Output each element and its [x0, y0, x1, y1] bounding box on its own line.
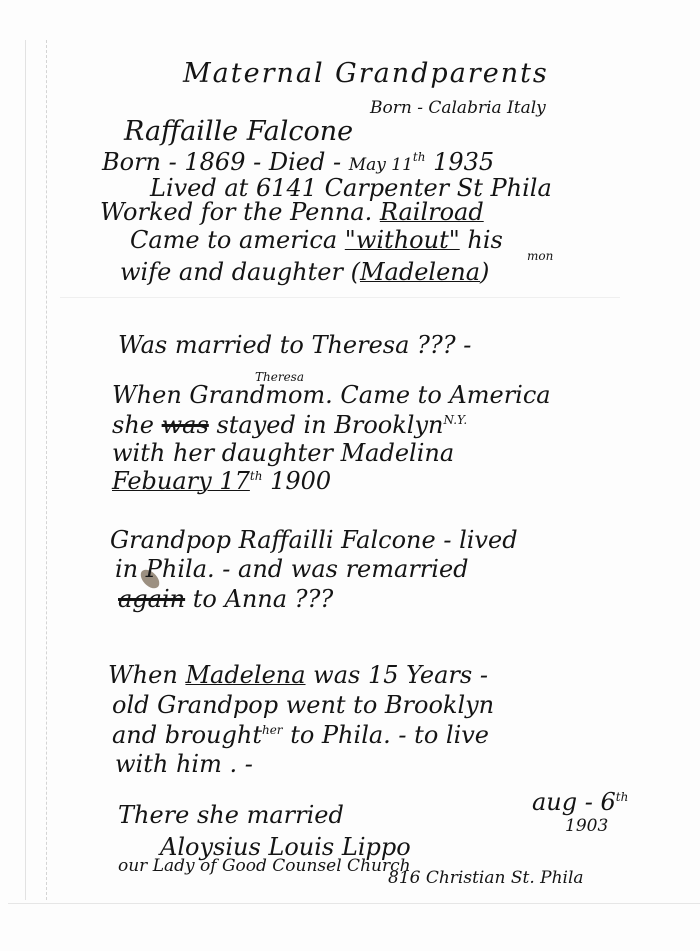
came-to-america-line: Came to america "without" his [130, 228, 503, 252]
birthplace-text: Born - Calabria Italy [370, 98, 546, 118]
birthplace-note: Born - Calabria Italy [370, 100, 546, 117]
to-phila-text: to Phila. - to live [290, 721, 489, 749]
went-brooklyn-line: old Grandpop went to Brooklyn [112, 693, 494, 717]
scanned-page: Maternal Grandparents Born - Calabria It… [0, 0, 700, 951]
arrival-date: Febuary 17 [112, 467, 250, 495]
ny-abbrev: N.Y. [443, 413, 467, 427]
arrival-day-suffix: th [250, 469, 263, 483]
death-month-day: May 11 [349, 155, 413, 175]
his-word: his [467, 226, 502, 254]
church-address: 816 Christian St. Phila [388, 870, 584, 887]
marriage-date: aug - 6th [532, 790, 628, 814]
left-margin-line [25, 40, 26, 900]
to-anna-text: to Anna ??? [193, 585, 334, 613]
closing-paren: ) [480, 258, 489, 286]
she-word: she [112, 411, 154, 439]
wife-text: wife and daughter ( [120, 258, 360, 286]
marriage-month-day: aug - 6 [532, 788, 616, 816]
death-day-suffix: th [413, 150, 426, 164]
page-bottom-edge [8, 903, 700, 904]
church-name: our Lady of Good Counsel Church [118, 858, 411, 875]
wife-daughter-line: wife and daughter (Madelena) [120, 260, 489, 284]
arrival-date-line: Febuary 17th 1900 [112, 469, 331, 493]
married-theresa-line: Was married to Theresa ??? - [118, 333, 471, 357]
grandpop-lived-line: Grandpop Raffailli Falcone - lived [110, 528, 518, 552]
with-him-line: with him . - [115, 752, 253, 776]
stayed-brooklyn-line: she was stayed in BrooklynN.Y. [112, 413, 467, 437]
marriage-year: 1903 [565, 818, 608, 835]
brought-text: and brought [112, 721, 262, 749]
daughter-name: Madelena [360, 258, 480, 286]
left-margin-dashed-line [46, 40, 47, 900]
residence-line: Lived at 6141 Carpenter St Phila [150, 176, 552, 200]
came-text: Came to america [130, 226, 337, 254]
age-text: was 15 Years - [313, 661, 488, 689]
with-daughter-line: with her daughter Madelina [112, 441, 454, 465]
remarried-line: in Phila. - and was remarried [115, 557, 469, 581]
anna-line: again to Anna ??? [118, 587, 333, 611]
death-year: 1935 [433, 148, 494, 176]
when-word: When [108, 661, 178, 689]
struck-again-word: again [118, 585, 185, 613]
struck-word: was [162, 411, 209, 439]
marriage-day-suffix: th [616, 790, 629, 804]
grandfather-name: Raffaille Falcone [124, 118, 353, 145]
title: Maternal Grandparents [183, 60, 549, 87]
grandmom-arrival-line: When Grandmom. Came to America [112, 383, 551, 407]
madelena-name: Madelena [185, 661, 305, 689]
there-married-line: There she married [118, 803, 344, 827]
born-died-text: Born - 1869 - Died - [102, 148, 341, 176]
faint-section-rule [60, 297, 620, 298]
born-died-line: Born - 1869 - Died - May 11th 1935 [102, 150, 494, 174]
employment-text: Worked for the Penna. [100, 198, 372, 226]
without-word: "without" [345, 226, 460, 254]
railroad-word: Railroad [380, 198, 484, 226]
arrival-year: 1900 [270, 467, 331, 495]
her-insertion: her [262, 723, 283, 737]
stayed-text: stayed in Brooklyn [216, 411, 443, 439]
employment-line: Worked for the Penna. Railroad [100, 200, 484, 224]
mon-insertion: mon [527, 250, 553, 262]
brought-phila-line: and broughther to Phila. - to live [112, 723, 489, 747]
madelena-age-line: When Madelena was 15 Years - [108, 663, 488, 687]
